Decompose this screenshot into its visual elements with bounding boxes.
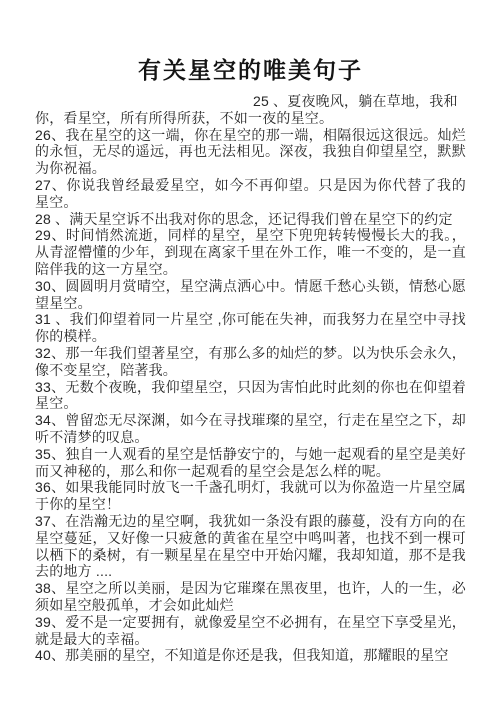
page-title: 有关星空的唯美句子 <box>35 56 466 84</box>
quote-item-39: 39、爱不是一定要拥有，就像爱星空不必拥有，在星空下享受星光，就是最大的幸福。 <box>35 614 466 648</box>
quote-item-40: 40、那美丽的星空，不知道是你还是我，但我知道，那耀眼的星空 <box>35 647 466 664</box>
quote-item-36: 36、如果我能同时放飞一千盏孔明灯，我就可以为你盈造一片星空属于你的星空！ <box>35 479 466 513</box>
quote-item-32: 32、那一年我们望著星空，有那么多的灿烂的梦。以为快乐会永久，像不变星空，陪著我… <box>35 345 466 379</box>
quote-item-25: 25 、夏夜晚风，躺在草地，我和你，看星空，所有所得所获，不如一夜的星空。 <box>35 93 466 127</box>
quote-item-33: 33、无数个夜晚，我仰望星空，只因为害怕此时此刻的你也在仰望着星空。 <box>35 379 466 413</box>
quote-item-34: 34、曾留恋无尽深渊，如今在寻找璀璨的星空，行走在星空之下，却听不清梦的叹息。 <box>35 412 466 446</box>
quote-item-30: 30、圆圆明月赏晴空，星空满点洒心中。情愿千愁心头锁，情愁心愿望星空。 <box>35 278 466 312</box>
quote-item-29: 29、时间悄然流逝，同样的星空，星空下兜兜转转慢慢长大的我。，从青涩懵懂的少年，… <box>35 227 466 277</box>
quote-item-37: 37、在浩瀚无边的星空啊，我犹如一条没有跟的藤蔓，没有方向的在星空蔓延，又好像一… <box>35 513 466 580</box>
quote-item-28: 28 、满天星空诉不出我对你的思念，还记得我们曾在星空下的约定 <box>35 211 466 228</box>
quote-item-38: 38、星空之所以美丽，是因为它璀璨在黑夜里，也许，人的一生，必须如星空般孤单，才… <box>35 580 466 614</box>
document-page: 有关星空的唯美句子 25 、夏夜晚风，躺在草地，我和你，看星空，所有所得所获，不… <box>0 0 500 708</box>
quote-item-35: 35、独自一人观看的星空是恬静安宁的，与她一起观看的星空是美好而又神秘的，那么和… <box>35 446 466 480</box>
quote-item-26: 26、我在星空的这一端，你在星空的那一端，相隔很远这很远。灿烂的永恒，无尽的遥远… <box>35 127 466 177</box>
quote-item-27: 27、你说我曾经最爱星空，如今不再仰望。只是因为你代替了我的 星空。 <box>35 177 466 211</box>
quote-item-31: 31 、我们仰望着同一片星空 ,你可能在失神，而我努力在星空中寻找你的模样。 <box>35 311 466 345</box>
